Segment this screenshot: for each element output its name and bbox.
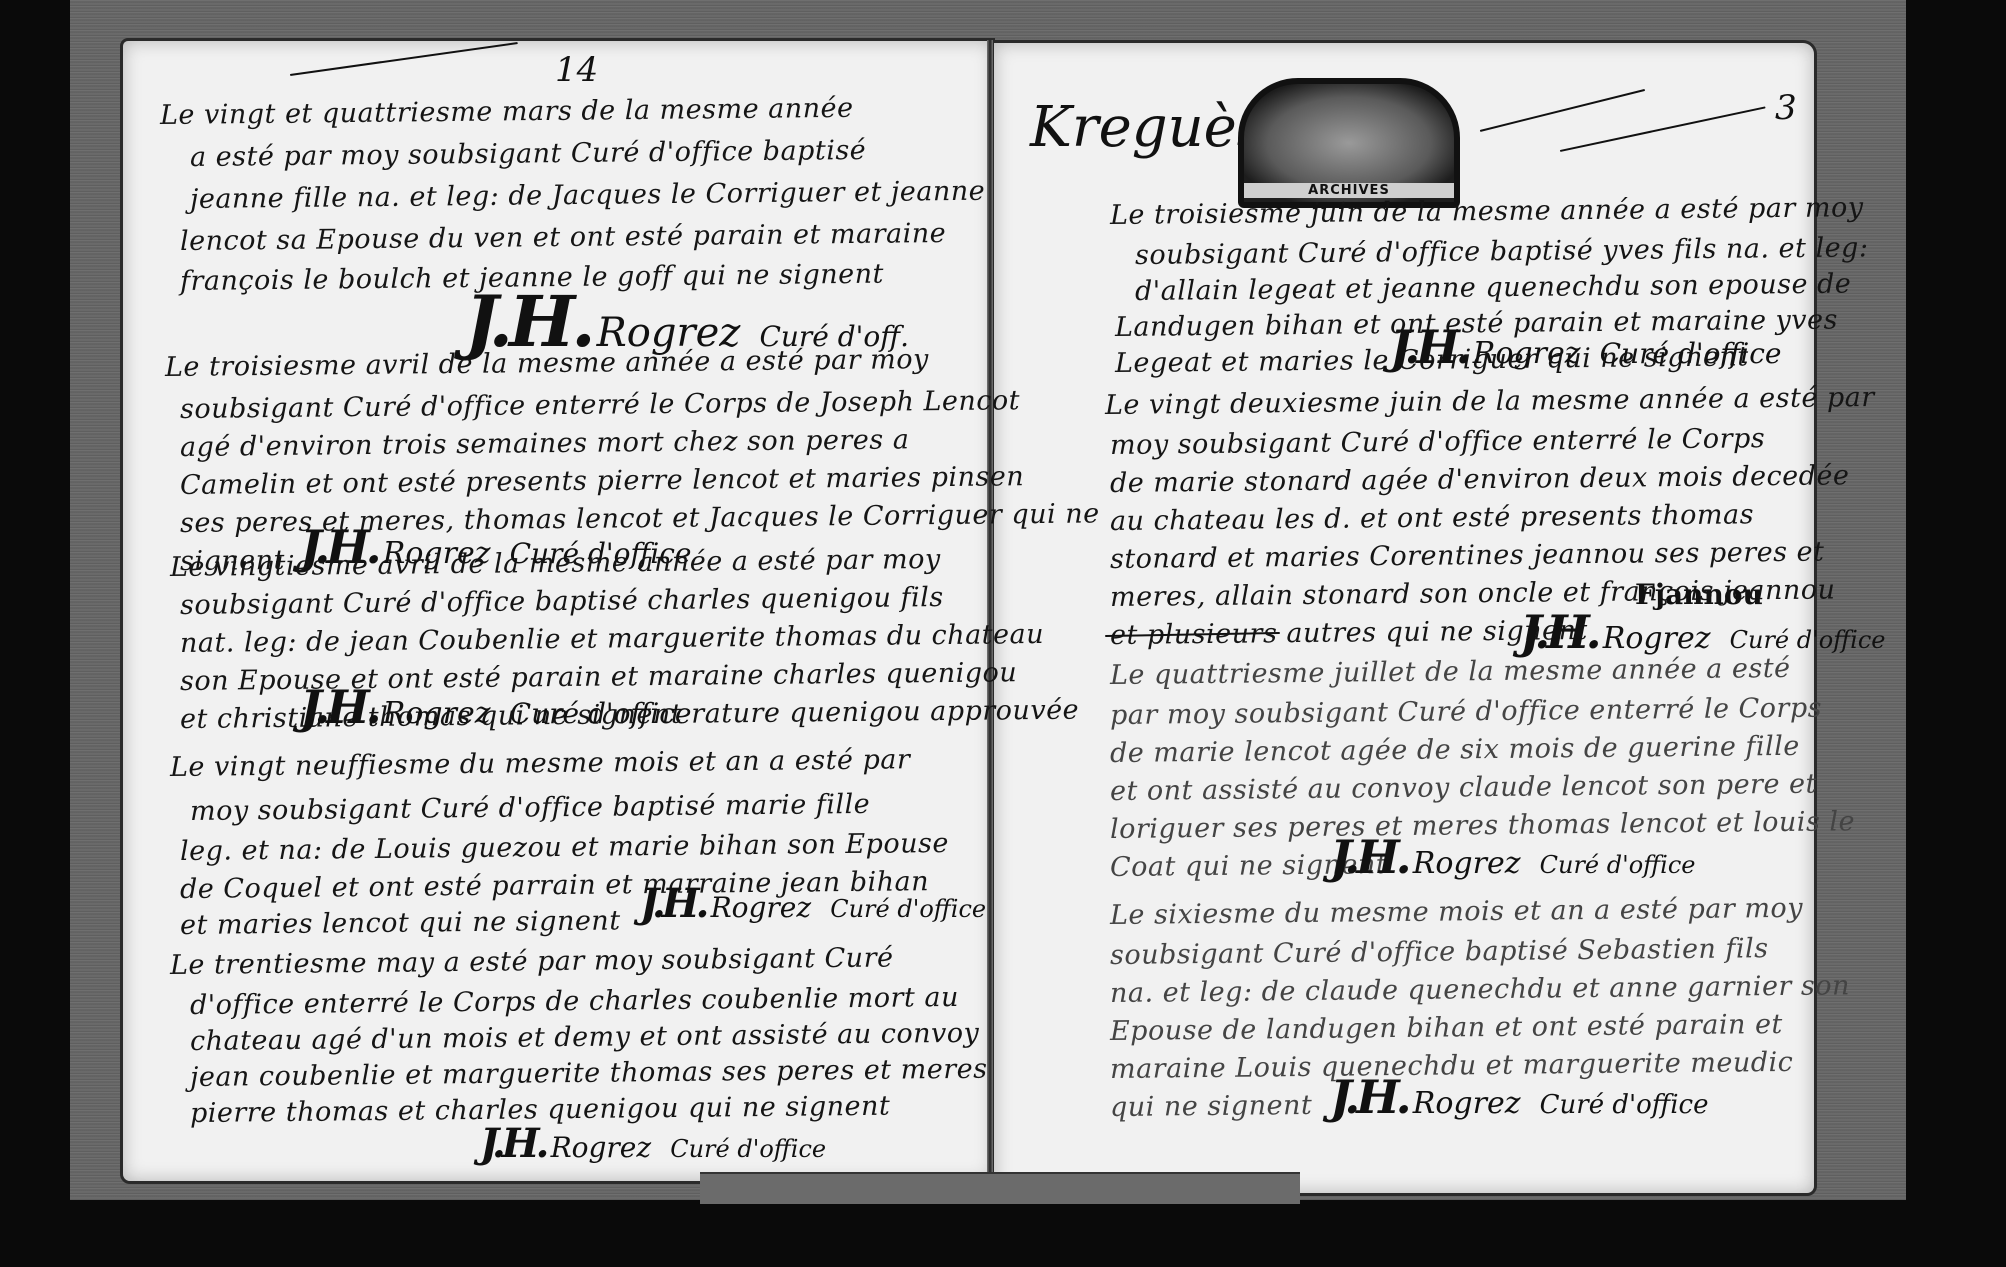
entry-line: et maries lencot qui ne signent: [180, 905, 621, 941]
left-folio-number: 14: [555, 50, 598, 90]
parish-heading: Kreguès: [1030, 95, 1266, 160]
book-gutter: [987, 40, 993, 1190]
archive-stamp: ARCHIVES: [1238, 78, 1460, 208]
entry-line: qui ne signent: [1110, 1090, 1313, 1123]
priest-signature: J.H. Rogrez Curé d'office: [1330, 1070, 1709, 1124]
priest-signature: J.H. Rogrez Curé d'office: [1520, 605, 1886, 659]
priest-signature: J.H. Rogrez Curé d'office: [640, 880, 986, 927]
priest-signature: J.H. Rogrez Curé d'office: [1330, 830, 1696, 884]
right-folio-number: 3: [1775, 88, 1797, 128]
priest-signature: J.H. Rogrez Curé d'office: [300, 680, 691, 734]
priest-signature: J.H. Rogrez Curé d'office: [1390, 320, 1781, 374]
priest-signature: J.H. Rogrez Curé d'office: [480, 1120, 826, 1167]
torn-page-edge: [700, 1172, 1300, 1204]
